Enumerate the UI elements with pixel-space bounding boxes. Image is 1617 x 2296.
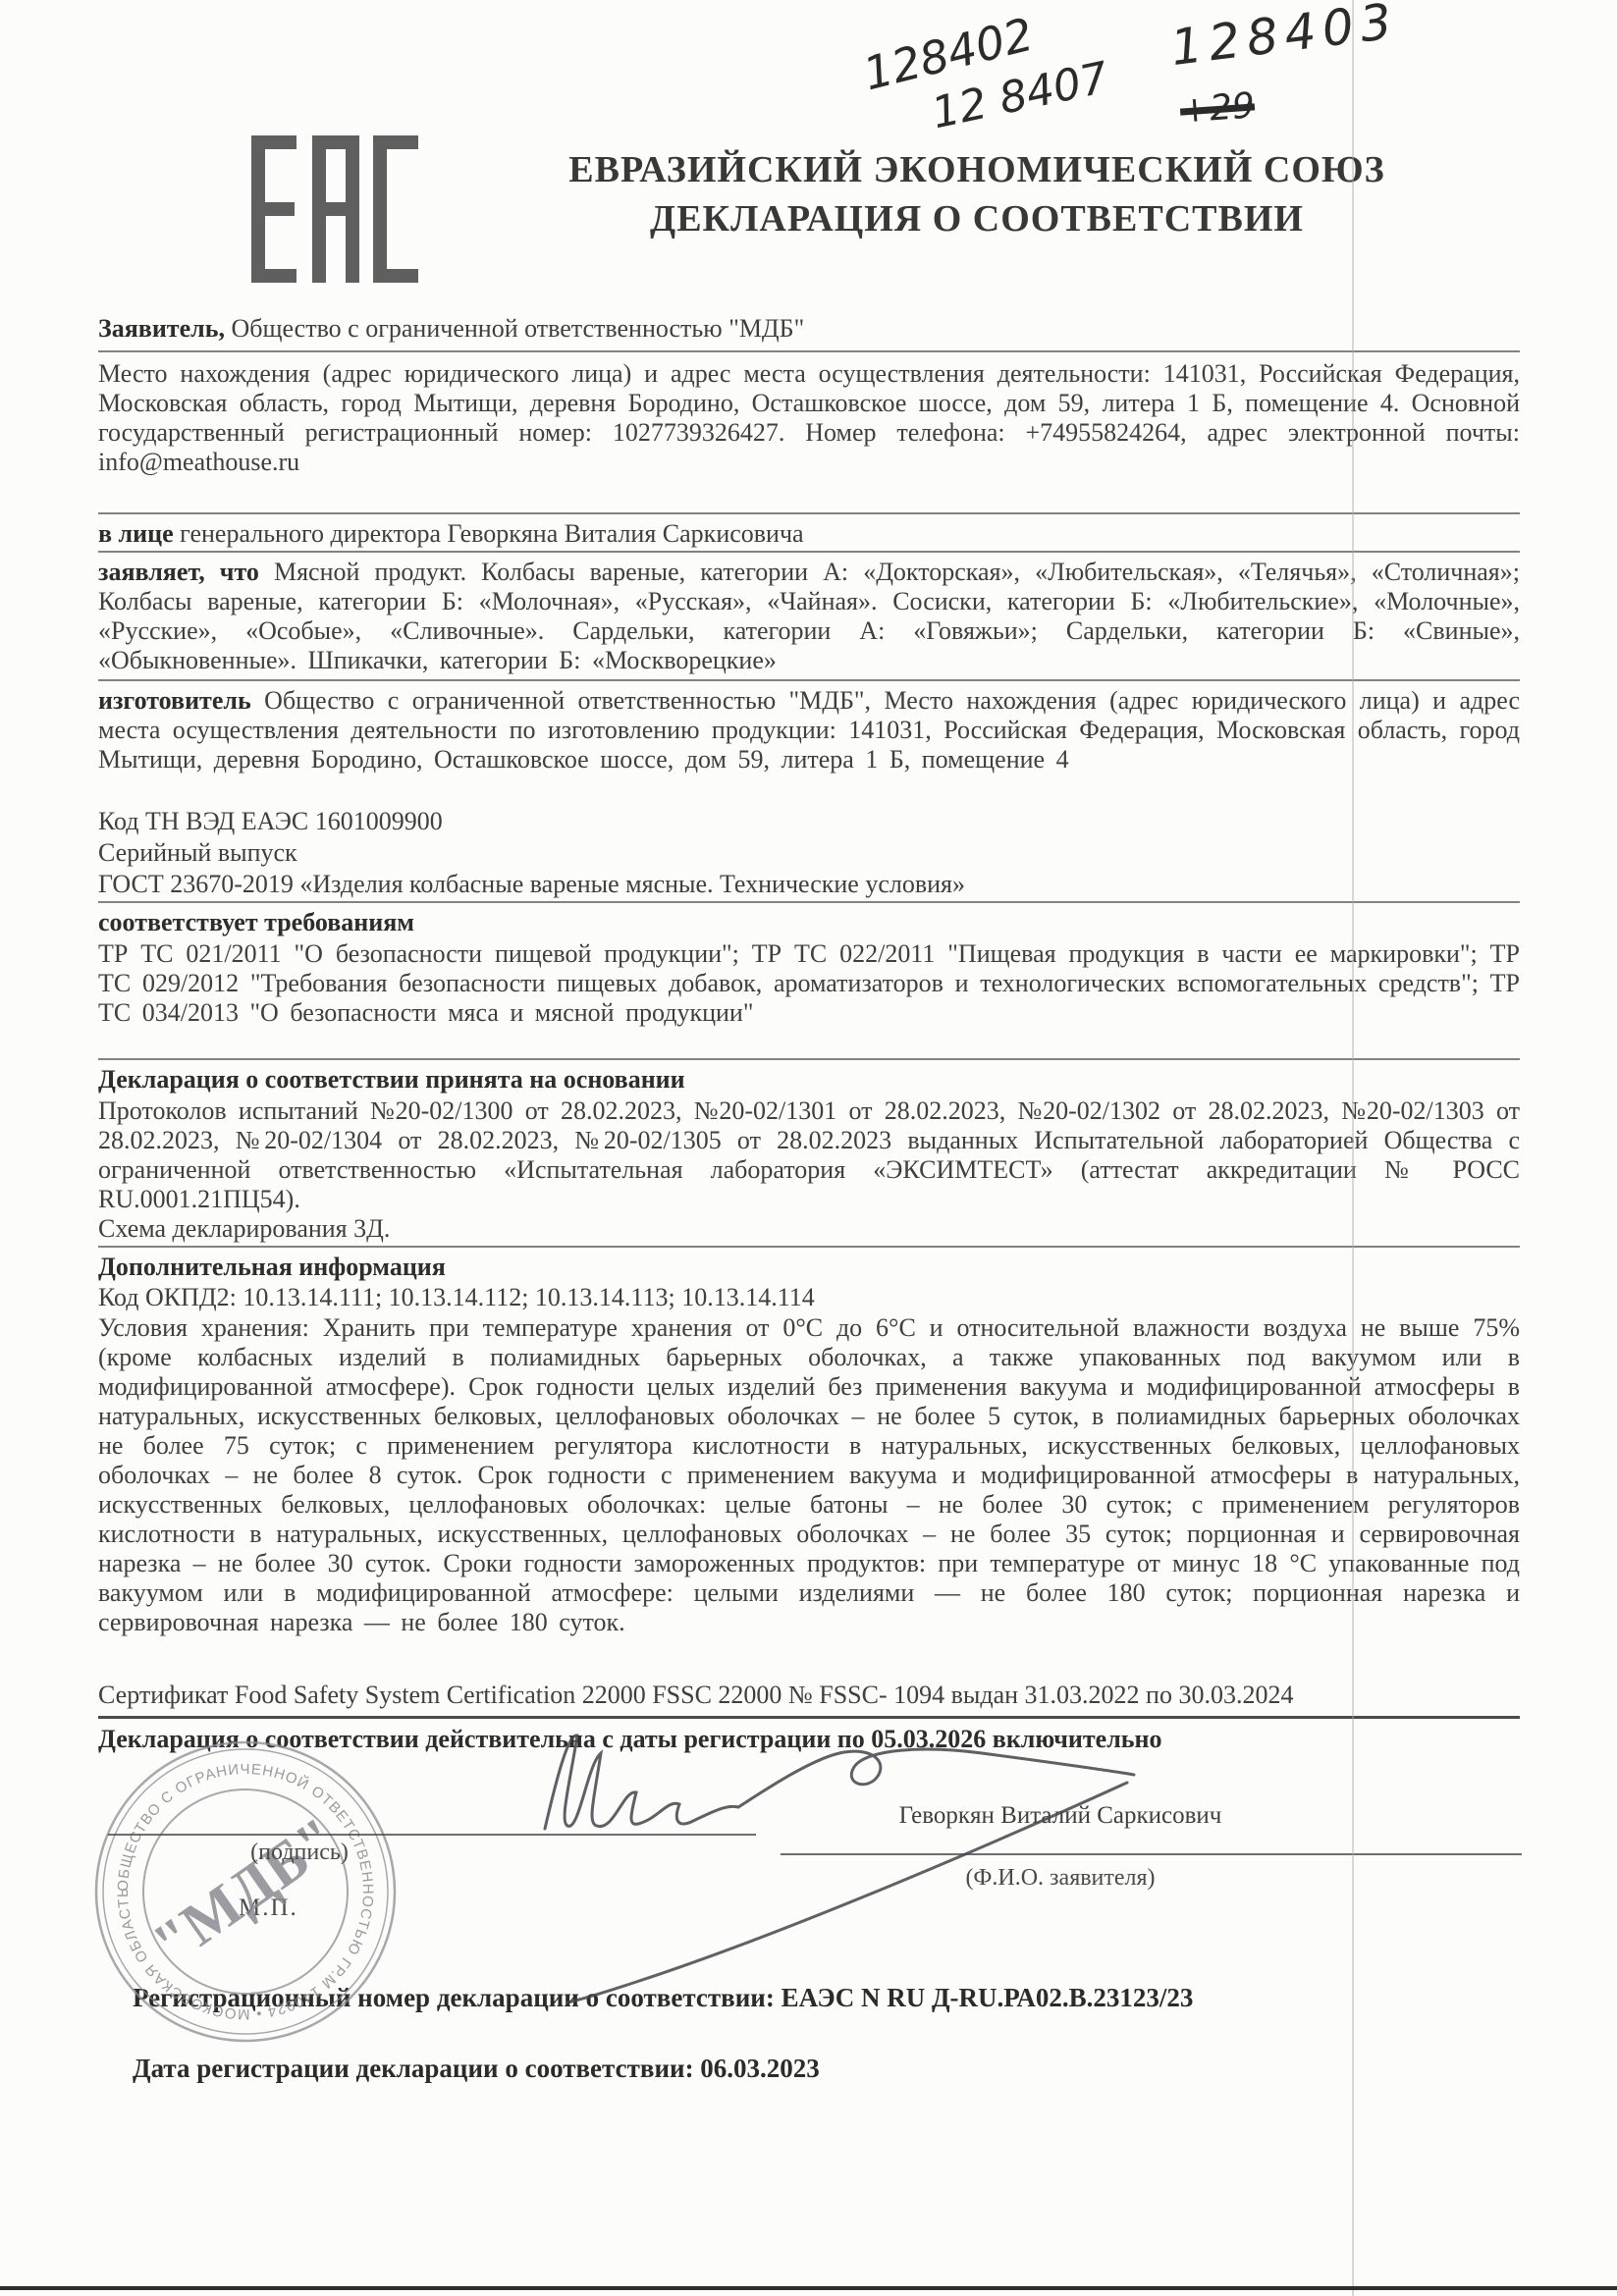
declares-text: Мясной продукт. Колбасы вареные, категор… (98, 558, 1520, 674)
title-line-union: ЕВРАЗИЙСКИЙ ЭКОНОМИЧЕСКИЙ СОЮЗ (334, 145, 1617, 194)
basis-protocols: Протоколов испытаний №20-02/1300 от 28.0… (98, 1096, 1520, 1214)
registration-date-line: Дата регистрации декларации о соответств… (133, 2054, 820, 2084)
manufacturer-text: Общество с ограниченной ответственностью… (98, 686, 1520, 774)
applicant-address: Место нахождения (адрес юридического лиц… (98, 359, 1520, 477)
handwritten-signature (422, 1706, 1247, 2020)
section-divider (98, 350, 1520, 352)
storage-conditions-paragraph: Условия хранения: Хранить при температур… (98, 1313, 1520, 1637)
applicant-value: Общество с ограниченной ответственностью… (231, 314, 804, 343)
signature-caption: (подпись) (226, 1840, 373, 1866)
handwritten-number-3: 128403 (1167, 0, 1401, 77)
declares-label: заявляет, что (98, 558, 259, 586)
document-title: ЕВРАЗИЙСКИЙ ЭКОНОМИЧЕСКИЙ СОЮЗ ДЕКЛАРАЦИ… (334, 145, 1617, 243)
title-line-declaration: ДЕКЛАРАЦИЯ О СООТВЕТСТВИИ (334, 194, 1617, 243)
compliance-regulations: ТР ТС 021/2011 "О безопасности пищевой п… (98, 939, 1520, 1028)
scan-artifact-vertical-line (1352, 0, 1354, 2296)
scan-artifact-bottom-edge (0, 2286, 1617, 2290)
document-page: 128402 12 8407 128403 +29 ЕВРАЗИЙСКИЙ ЭК… (0, 0, 1617, 2296)
section-divider (98, 551, 1520, 553)
stamp-center-text: "МДБ" (141, 1805, 350, 1979)
section-divider (98, 1246, 1520, 1248)
basis-heading: Декларация о соответствии принята на осн… (98, 1065, 685, 1095)
serial-production-line: Серийный выпуск (98, 838, 297, 868)
applicant-label: Заявитель, (98, 314, 225, 343)
applicant-line: Заявитель, Общество с ограниченной ответ… (98, 314, 804, 344)
section-divider (98, 1058, 1520, 1060)
declaration-scheme-line: Схема декларирования 3Д. (98, 1214, 390, 1244)
declared-products: заявляет, что Мясной продукт. Колбасы ва… (98, 558, 1520, 675)
okpd-codes-line: Код ОКПД2: 10.13.14.111; 10.13.14.112; 1… (98, 1283, 815, 1312)
section-divider (98, 512, 1520, 514)
manufacturer-label: изготовитель (98, 686, 251, 715)
section-divider (98, 679, 1520, 681)
representative-line: в лице генерального директора Геворкяна … (98, 519, 804, 549)
compliance-heading: соответствует требованиям (98, 908, 414, 937)
tnved-code-line: Код ТН ВЭД ЕАЭС 1601009900 (98, 807, 443, 836)
company-round-stamp: ОБЩЕСТВО С ОГРАНИЧЕННОЙ ОТВЕТСТВЕННОСТЬЮ… (83, 1730, 407, 2054)
handwritten-scribble-crossed-out: +29 (1179, 85, 1257, 131)
representative-label: в лице (98, 519, 174, 548)
additional-info-heading: Дополнительная информация (98, 1253, 446, 1282)
manufacturer-paragraph: изготовитель Общество с ограниченной отв… (98, 686, 1520, 774)
gost-line: ГОСТ 23670-2019 «Изделия колбасные варен… (98, 870, 965, 899)
representative-value: генерального директора Геворкяна Виталия… (180, 519, 803, 548)
section-divider (98, 901, 1520, 903)
